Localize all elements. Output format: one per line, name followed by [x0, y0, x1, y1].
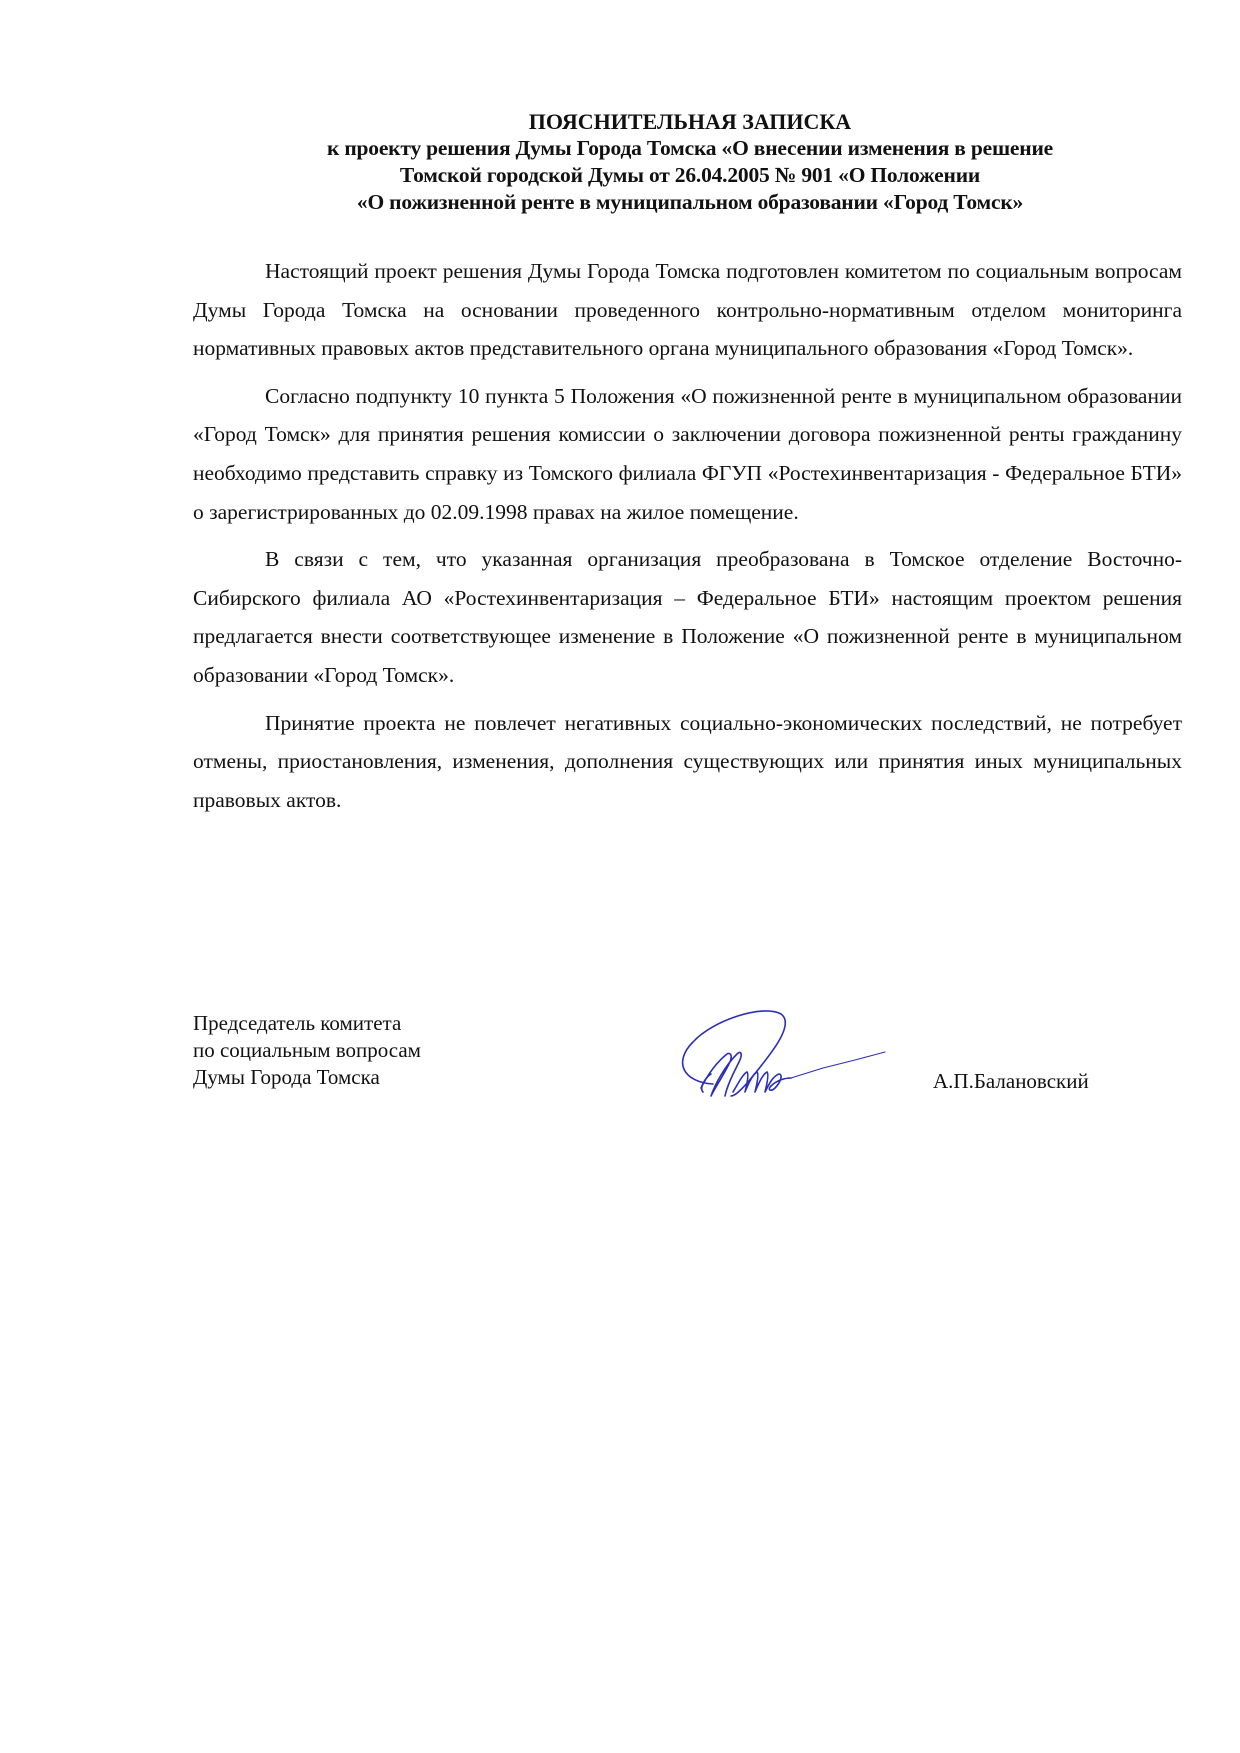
document-subtitle-line-3: «О пожизненной ренте в муниципальном обр… — [190, 189, 1190, 216]
document-subtitle-line-1: к проекту решения Думы Города Томска «О … — [190, 135, 1190, 162]
paragraph-consequences: Принятие проекта не повлечет негативных … — [193, 704, 1182, 820]
signature-block: Председатель комитета по социальным вопр… — [193, 1010, 1182, 1130]
document-page: ПОЯСНИТЕЛЬНАЯ ЗАПИСКА к проекту решения … — [0, 0, 1240, 1753]
signatory-name: А.П.Балановский — [933, 1068, 1089, 1095]
document-header: ПОЯСНИТЕЛЬНАЯ ЗАПИСКА к проекту решения … — [190, 108, 1190, 216]
document-title: ПОЯСНИТЕЛЬНАЯ ЗАПИСКА — [190, 108, 1190, 135]
signatory-position: Председатель комитета по социальным вопр… — [193, 1010, 421, 1091]
document-subtitle-line-2: Томской городской Думы от 26.04.2005 № 9… — [190, 162, 1190, 189]
signatory-position-line-2: по социальным вопросам — [193, 1037, 421, 1064]
signatory-position-line-1: Председатель комитета — [193, 1010, 421, 1037]
handwritten-signature-icon — [653, 992, 893, 1112]
signatory-position-line-3: Думы Города Томска — [193, 1064, 421, 1091]
paragraph-requirement: Согласно подпункту 10 пункта 5 Положения… — [193, 377, 1182, 531]
paragraph-basis: Настоящий проект решения Думы Города Том… — [193, 252, 1182, 368]
document-body: Настоящий проект решения Думы Города Том… — [193, 252, 1182, 828]
paragraph-change: В связи с тем, что указанная организация… — [193, 540, 1182, 694]
